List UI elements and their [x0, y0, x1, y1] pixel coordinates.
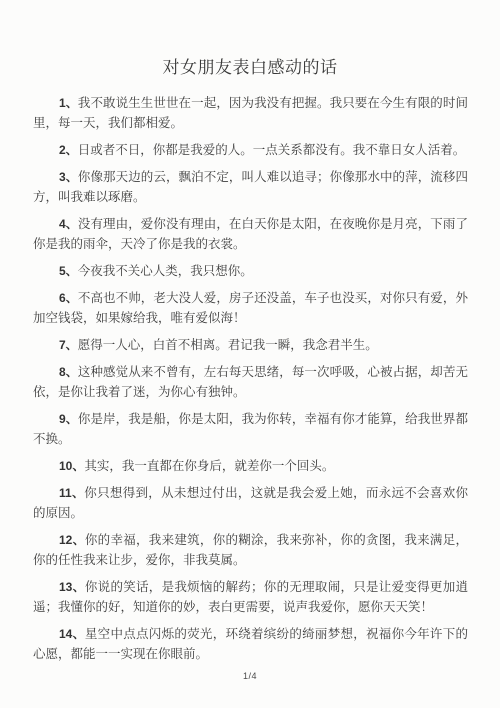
quote-number: 4、 [59, 217, 78, 231]
quote-number: 7、 [59, 338, 78, 352]
quote-item: 5、今夜我不关心人类，我只想你。 [33, 261, 468, 281]
quote-number: 11、 [59, 486, 84, 500]
quote-text: 日或者不日，你都是我爱的人。一点关系都没有。我不靠日女人活着。 [78, 143, 466, 157]
quote-number: 8、 [59, 365, 78, 379]
quote-item: 6、不高也不帅，老大没人爱，房子还没盖，车子也没买，对你只有爱，外加空钱袋，如果… [33, 288, 468, 328]
page-title: 对女朋友表白感动的话 [0, 58, 500, 77]
quote-text: 你的幸福，我来建筑，你的糊涂，我来弥补，你的贪图，我来满足，你的任性我来让步，爱… [33, 533, 468, 567]
quote-number: 12、 [59, 533, 85, 547]
quote-text: 这种感觉从来不曾有，左右每天思绪，每一次呼吸，心被占据，却苦无依，是你让我着了迷… [33, 365, 468, 399]
quote-item: 12、你的幸福，我来建筑，你的糊涂，我来弥补，你的贪图，我来满足，你的任性我来让… [33, 530, 468, 570]
quote-item: 14、星空中点点闪烁的荧光，环绕着缤纷的绮丽梦想，祝福你今年许下的心愿，都能一一… [33, 624, 468, 664]
quote-text: 你只想得到，从未想过付出，这就是我会爱上她，而永远不会喜欢你的原因。 [33, 486, 468, 520]
quote-text: 星空中点点闪烁的荧光，环绕着缤纷的绮丽梦想，祝福你今年许下的心愿，都能一一实现在… [33, 627, 468, 661]
quote-item: 11、你只想得到，从未想过付出，这就是我会爱上她，而永远不会喜欢你的原因。 [33, 483, 468, 523]
quote-item: 8、这种感觉从来不曾有，左右每天思绪，每一次呼吸，心被占据，却苦无依，是你让我着… [33, 362, 468, 402]
quote-text: 愿得一人心，白首不相离。君记我一瞬，我念君半生。 [78, 338, 378, 352]
quote-item: 7、愿得一人心，白首不相离。君记我一瞬，我念君半生。 [33, 335, 468, 355]
quote-text: 你是岸，我是船，你是太阳，我为你转，幸福有你才能算，给我世界都不换。 [33, 412, 468, 446]
quote-item: 13、你说的笑话，是我烦恼的解药；你的无理取闹，只是让爱变得更加逍遥；我懂你的好… [33, 577, 468, 617]
quote-number: 9、 [59, 412, 78, 426]
quote-number: 2、 [59, 143, 78, 157]
quote-text: 其实，我一直都在你身后，就差你一个回头。 [84, 459, 334, 473]
quote-list: 1、我不敢说生生世世在一起，因为我没有把握。我只要在今生有限的时间里，每一天，我… [33, 93, 468, 664]
quote-text: 不高也不帅，老大没人爱，房子还没盖，车子也没买，对你只有爱，外加空钱袋，如果嫁给… [33, 291, 468, 325]
quote-text: 没有理由，爱你没有理由，在白天你是太阳，在夜晚你是月亮，下雨了你是我的雨伞，天冷… [33, 217, 468, 251]
quote-text: 我不敢说生生世世在一起，因为我没有把握。我只要在今生有限的时间里，每一天，我们都… [33, 96, 468, 130]
quote-text: 你像那天边的云，飘泊不定，叫人难以追寻；你像那水中的萍，流移四方，叫我难以琢磨。 [33, 170, 468, 204]
quote-number: 14、 [59, 627, 85, 641]
quote-number: 10、 [59, 459, 84, 473]
quote-item: 4、没有理由，爱你没有理由，在白天你是太阳，在夜晚你是月亮，下雨了你是我的雨伞，… [33, 214, 468, 254]
quote-number: 5、 [59, 264, 78, 278]
quote-number: 3、 [59, 170, 78, 184]
quote-text: 今夜我不关心人类，我只想你。 [78, 264, 253, 278]
quote-item: 9、你是岸，我是船，你是太阳，我为你转，幸福有你才能算，给我世界都不换。 [33, 409, 468, 449]
quote-number: 6、 [59, 291, 78, 305]
document-page: 对女朋友表白感动的话 1、我不敢说生生世世在一起，因为我没有把握。我只要在今生有… [0, 0, 500, 708]
page-number: 1/4 [0, 671, 500, 681]
quote-item: 2、日或者不日，你都是我爱的人。一点关系都没有。我不靠日女人活着。 [33, 140, 468, 160]
quote-item: 3、你像那天边的云，飘泊不定，叫人难以追寻；你像那水中的萍，流移四方，叫我难以琢… [33, 167, 468, 207]
quote-number: 1、 [59, 96, 78, 110]
quote-item: 1、我不敢说生生世世在一起，因为我没有把握。我只要在今生有限的时间里，每一天，我… [33, 93, 468, 133]
quote-text: 你说的笑话，是我烦恼的解药；你的无理取闹，只是让爱变得更加逍遥；我懂你的好，知道… [33, 580, 468, 614]
quote-number: 13、 [59, 580, 85, 594]
quote-item: 10、其实，我一直都在你身后，就差你一个回头。 [33, 456, 468, 476]
